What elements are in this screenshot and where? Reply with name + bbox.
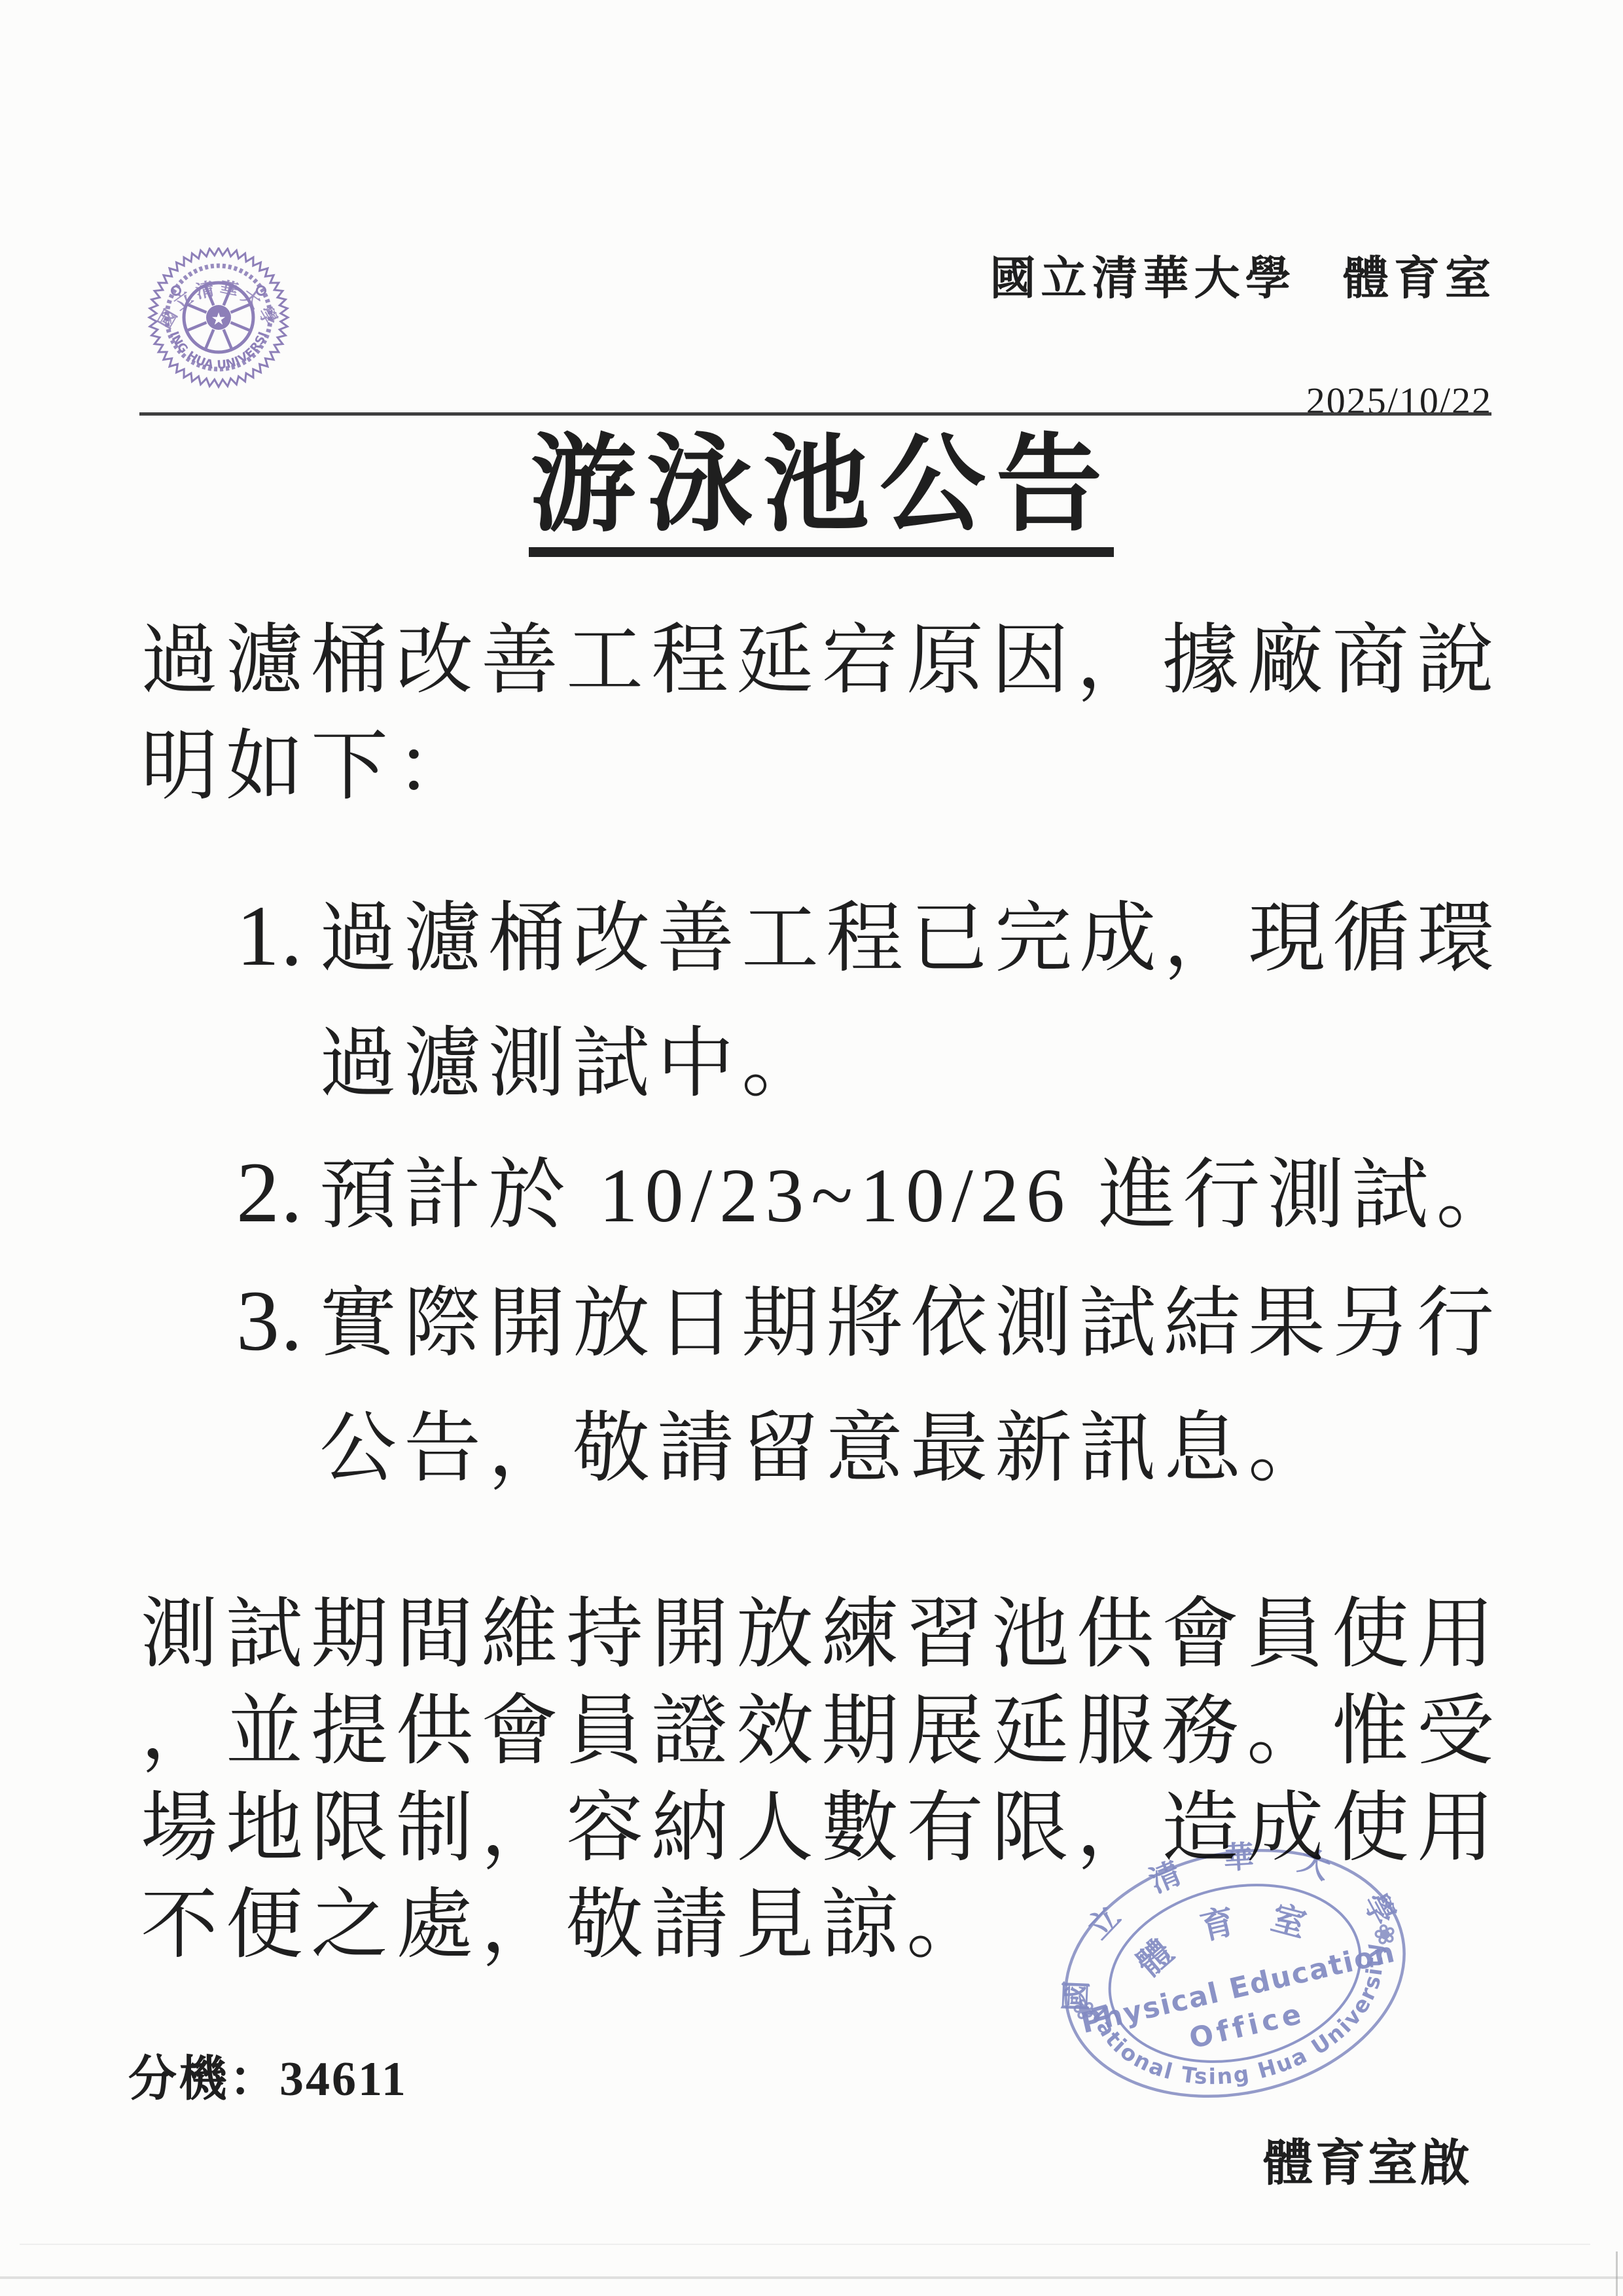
item-number: 1.: [236, 872, 319, 1000]
scan-artifact: [0, 2276, 1623, 2279]
item-text: 過濾測試中。: [236, 1000, 1520, 1128]
nthu-seal-logo: ★ 國立清華大學 TSING HUA UNIVERSITY: [144, 247, 293, 390]
notice-list: 1.過濾桶改善工程已完成，現循環 過濾測試中。 2.預計於 10/23~10/2…: [236, 872, 1520, 1513]
item-text: 實際開放日期將依測試結果另行: [319, 1281, 1501, 1367]
list-item: 2.預計於 10/23~10/26 進行測試。: [236, 1128, 1520, 1257]
closing-line: ，並提供會員證效期展延服務。惟受: [141, 1683, 1502, 1780]
seal-star-icon: ★: [211, 310, 226, 329]
org-header: 國立清華大學 體育室: [990, 257, 1497, 302]
intro-line: 明如下：: [141, 714, 1502, 820]
list-item: 1.過濾桶改善工程已完成，現循環 過濾測試中。: [236, 872, 1520, 1128]
office-stamp: 國 立 清 華 大 學 National Tsing Hua Universit…: [1044, 1826, 1430, 2124]
page-title: 游泳池公告: [529, 425, 1114, 557]
list-item: 3.實際開放日期將依測試結果另行 公告，敬請留意最新訊息。: [236, 1257, 1520, 1513]
closing-line: 測試期間維持開放練習池供會員使用: [141, 1587, 1502, 1683]
intro-line: 過濾桶改善工程延宕原因，據廠商說: [141, 608, 1502, 714]
intro-paragraph: 過濾桶改善工程延宕原因，據廠商說 明如下：: [141, 608, 1502, 820]
scan-artifact: [1616, 2251, 1618, 2296]
signoff: 體育室啟: [1263, 2139, 1472, 2189]
scan-artifact: [20, 2244, 1590, 2245]
item-number: 2.: [236, 1128, 319, 1257]
notice-page: ★ 國立清華大學 TSING HUA UNIVERSITY 國立清華大學 體育室…: [0, 0, 1623, 2296]
item-text: 預計於 10/23~10/26 進行測試。: [319, 1153, 1520, 1238]
header-rule: [139, 412, 1491, 416]
extension-number: 分機：34611: [128, 2055, 408, 2104]
item-number: 3.: [236, 1257, 319, 1385]
title-wrap: 游泳池公告: [0, 425, 1623, 557]
item-text: 過濾桶改善工程已完成，現循環: [319, 896, 1501, 982]
item-text: 公告，敬請留意最新訊息。: [236, 1385, 1520, 1513]
